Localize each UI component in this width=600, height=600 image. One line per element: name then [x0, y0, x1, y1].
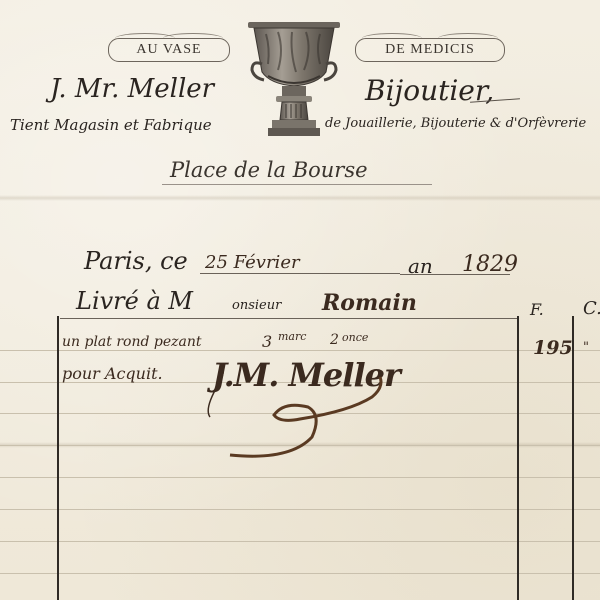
date-underline	[200, 273, 400, 274]
date-handwritten: 25 Février	[205, 252, 300, 273]
year-underline	[400, 274, 510, 275]
sign-right-text: DE MEDICIS	[385, 42, 475, 58]
sign-left-cartouche: AU VASE	[108, 38, 230, 62]
francs-column-header: F.	[530, 300, 544, 319]
ruled-line	[0, 509, 600, 510]
description-right: de Jouaillerie, Bijouterie & d'Orfèvreri…	[325, 116, 586, 131]
ruled-line	[0, 350, 600, 351]
delivered-to-title: onsieur	[232, 298, 281, 313]
sign-left-text: AU VASE	[136, 42, 201, 58]
customer-name: Romain	[322, 290, 417, 316]
centimes-column-header: C.	[583, 298, 600, 319]
item-centimes: "	[583, 340, 589, 355]
item-description: un plat rond pezant	[62, 334, 202, 350]
ruled-line	[0, 541, 600, 542]
francs-column-line	[517, 316, 519, 600]
signature-flourish-icon	[200, 365, 400, 460]
paper-fold	[0, 195, 600, 201]
item-weight-once: 2	[330, 332, 339, 348]
address: Place de la Bourse	[170, 158, 368, 182]
acquittal-text: pour Acquit.	[62, 364, 163, 383]
address-flourish	[162, 184, 432, 185]
customer-underline	[60, 318, 518, 319]
margin-line	[57, 316, 59, 600]
description-left: Tient Magasin et Fabrique	[10, 116, 212, 134]
sign-right-cartouche: DE MEDICIS	[355, 38, 505, 62]
item-weight-once-unit: once	[342, 331, 368, 344]
ruled-line	[0, 573, 600, 574]
item-francs: 195	[533, 337, 573, 359]
item-weight-marc-unit: marc	[278, 330, 306, 343]
delivered-to-prefix: Livré à M	[76, 287, 193, 315]
ruled-line	[0, 477, 600, 478]
item-weight-marc: 3	[262, 332, 272, 351]
place-date-prefix: Paris, ce	[84, 247, 188, 275]
proprietor-name: J. Mr. Meller	[50, 74, 214, 104]
